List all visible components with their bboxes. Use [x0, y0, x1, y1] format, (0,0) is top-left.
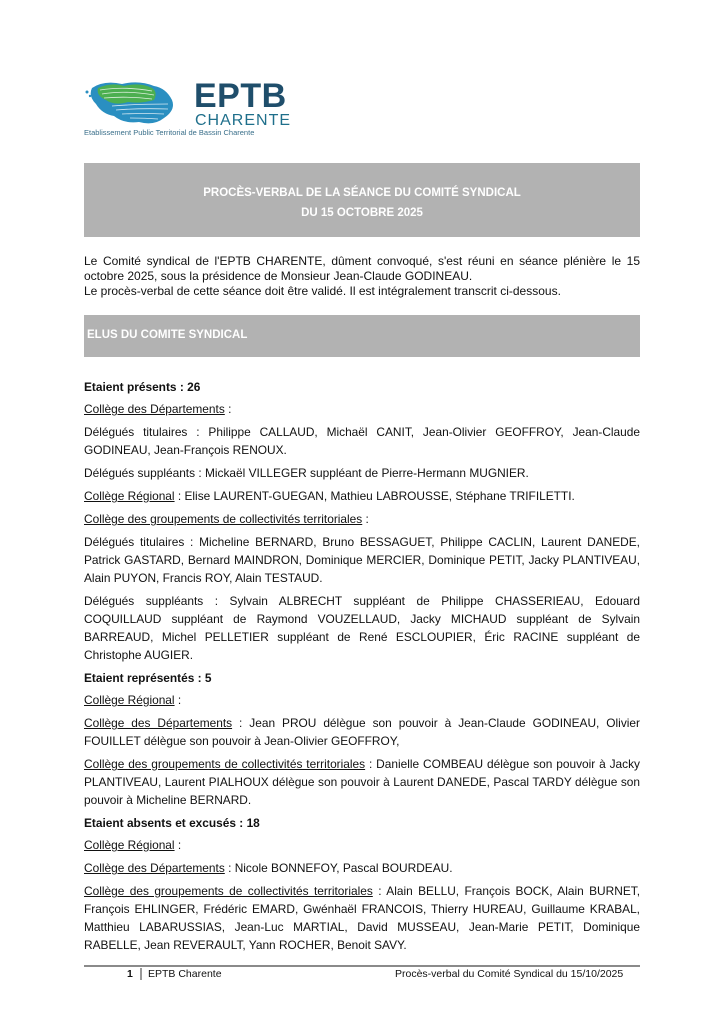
footer-separator	[140, 968, 142, 980]
college-text: : Elise LAURENT-GUEGAN, Mathieu LABROUSS…	[175, 489, 575, 503]
presents-heading: Etaient présents : 26	[84, 378, 640, 396]
college-text: : Nicole BONNEFOY, Pascal BOURDEAU.	[225, 861, 453, 875]
college-text: :	[225, 402, 232, 416]
intro-text-2: Le procès-verbal de cette séance doit êt…	[84, 284, 640, 299]
logo-title: EPTB	[194, 78, 287, 114]
footer-org: EPTB Charente	[148, 968, 222, 980]
college-text: :	[175, 693, 182, 707]
intro-text-1: Le Comité syndical de l'EPTB CHARENTE, d…	[84, 254, 640, 284]
members-content: Etaient présents : 26 Collège des Départ…	[84, 378, 640, 959]
absents-heading: Etaient absents et excusés : 18	[84, 814, 640, 832]
representes-college-reg: Collège Régional :	[84, 691, 640, 709]
presents-dep-titulaires: Délégués titulaires : Philippe CALLAUD, …	[84, 423, 640, 459]
college-label: Collège des Départements	[84, 716, 232, 730]
footer-title: Procès-verbal du Comité Syndical du 15/1…	[395, 968, 623, 980]
college-label: Collège Régional	[84, 489, 175, 503]
college-label: Collège des Départements	[84, 861, 225, 875]
document-date: DU 15 OCTOBRE 2025	[84, 207, 640, 219]
college-label: Collège des groupements de collectivités…	[84, 884, 373, 898]
document-title: PROCÈS-VERBAL DE LA SÉANCE DU COMITÉ SYN…	[84, 187, 640, 199]
river-basin-map-icon	[84, 78, 189, 128]
college-text: :	[175, 838, 182, 852]
page-number: 1	[127, 968, 133, 980]
representes-college-grp: Collège des groupements de collectivités…	[84, 755, 640, 809]
section-header: ELUS DU COMITE SYNDICAL	[84, 315, 640, 357]
absents-college-grp: Collège des groupements de collectivités…	[84, 882, 640, 954]
college-label: Collège des groupements de collectivités…	[84, 757, 365, 771]
representes-heading: Etaient représentés : 5	[84, 669, 640, 687]
presents-dep-suppleants: Délégués suppléants : Mickaël VILLEGER s…	[84, 464, 640, 482]
presents-college-reg: Collège Régional : Elise LAURENT-GUEGAN,…	[84, 487, 640, 505]
footer-divider	[84, 965, 640, 967]
college-label: Collège Régional	[84, 693, 175, 707]
absents-college-reg: Collège Régional :	[84, 836, 640, 854]
college-label: Collège Régional	[84, 838, 175, 852]
presents-college-grp: Collège des groupements de collectivités…	[84, 510, 640, 528]
document-title-box: PROCÈS-VERBAL DE LA SÉANCE DU COMITÉ SYN…	[84, 163, 640, 237]
absents-college-dep: Collège des Départements : Nicole BONNEF…	[84, 859, 640, 877]
college-label: Collège des Départements	[84, 402, 225, 416]
representes-college-dep: Collège des Départements : Jean PROU dél…	[84, 714, 640, 750]
presents-college-dep: Collège des Départements :	[84, 400, 640, 418]
section-title: ELUS DU COMITE SYNDICAL	[87, 329, 247, 341]
eptb-logo: EPTB CHARENTE Etablissement Public Terri…	[84, 78, 264, 140]
presents-grp-titulaires: Délégués titulaires : Micheline BERNARD,…	[84, 533, 640, 587]
college-label: Collège des groupements de collectivités…	[84, 512, 362, 526]
intro-paragraph: Le Comité syndical de l'EPTB CHARENTE, d…	[84, 254, 640, 298]
logo-tagline: Etablissement Public Territorial de Bass…	[84, 128, 254, 137]
college-text: :	[362, 512, 369, 526]
presents-grp-suppleants: Délégués suppléants : Sylvain ALBRECHT s…	[84, 592, 640, 664]
